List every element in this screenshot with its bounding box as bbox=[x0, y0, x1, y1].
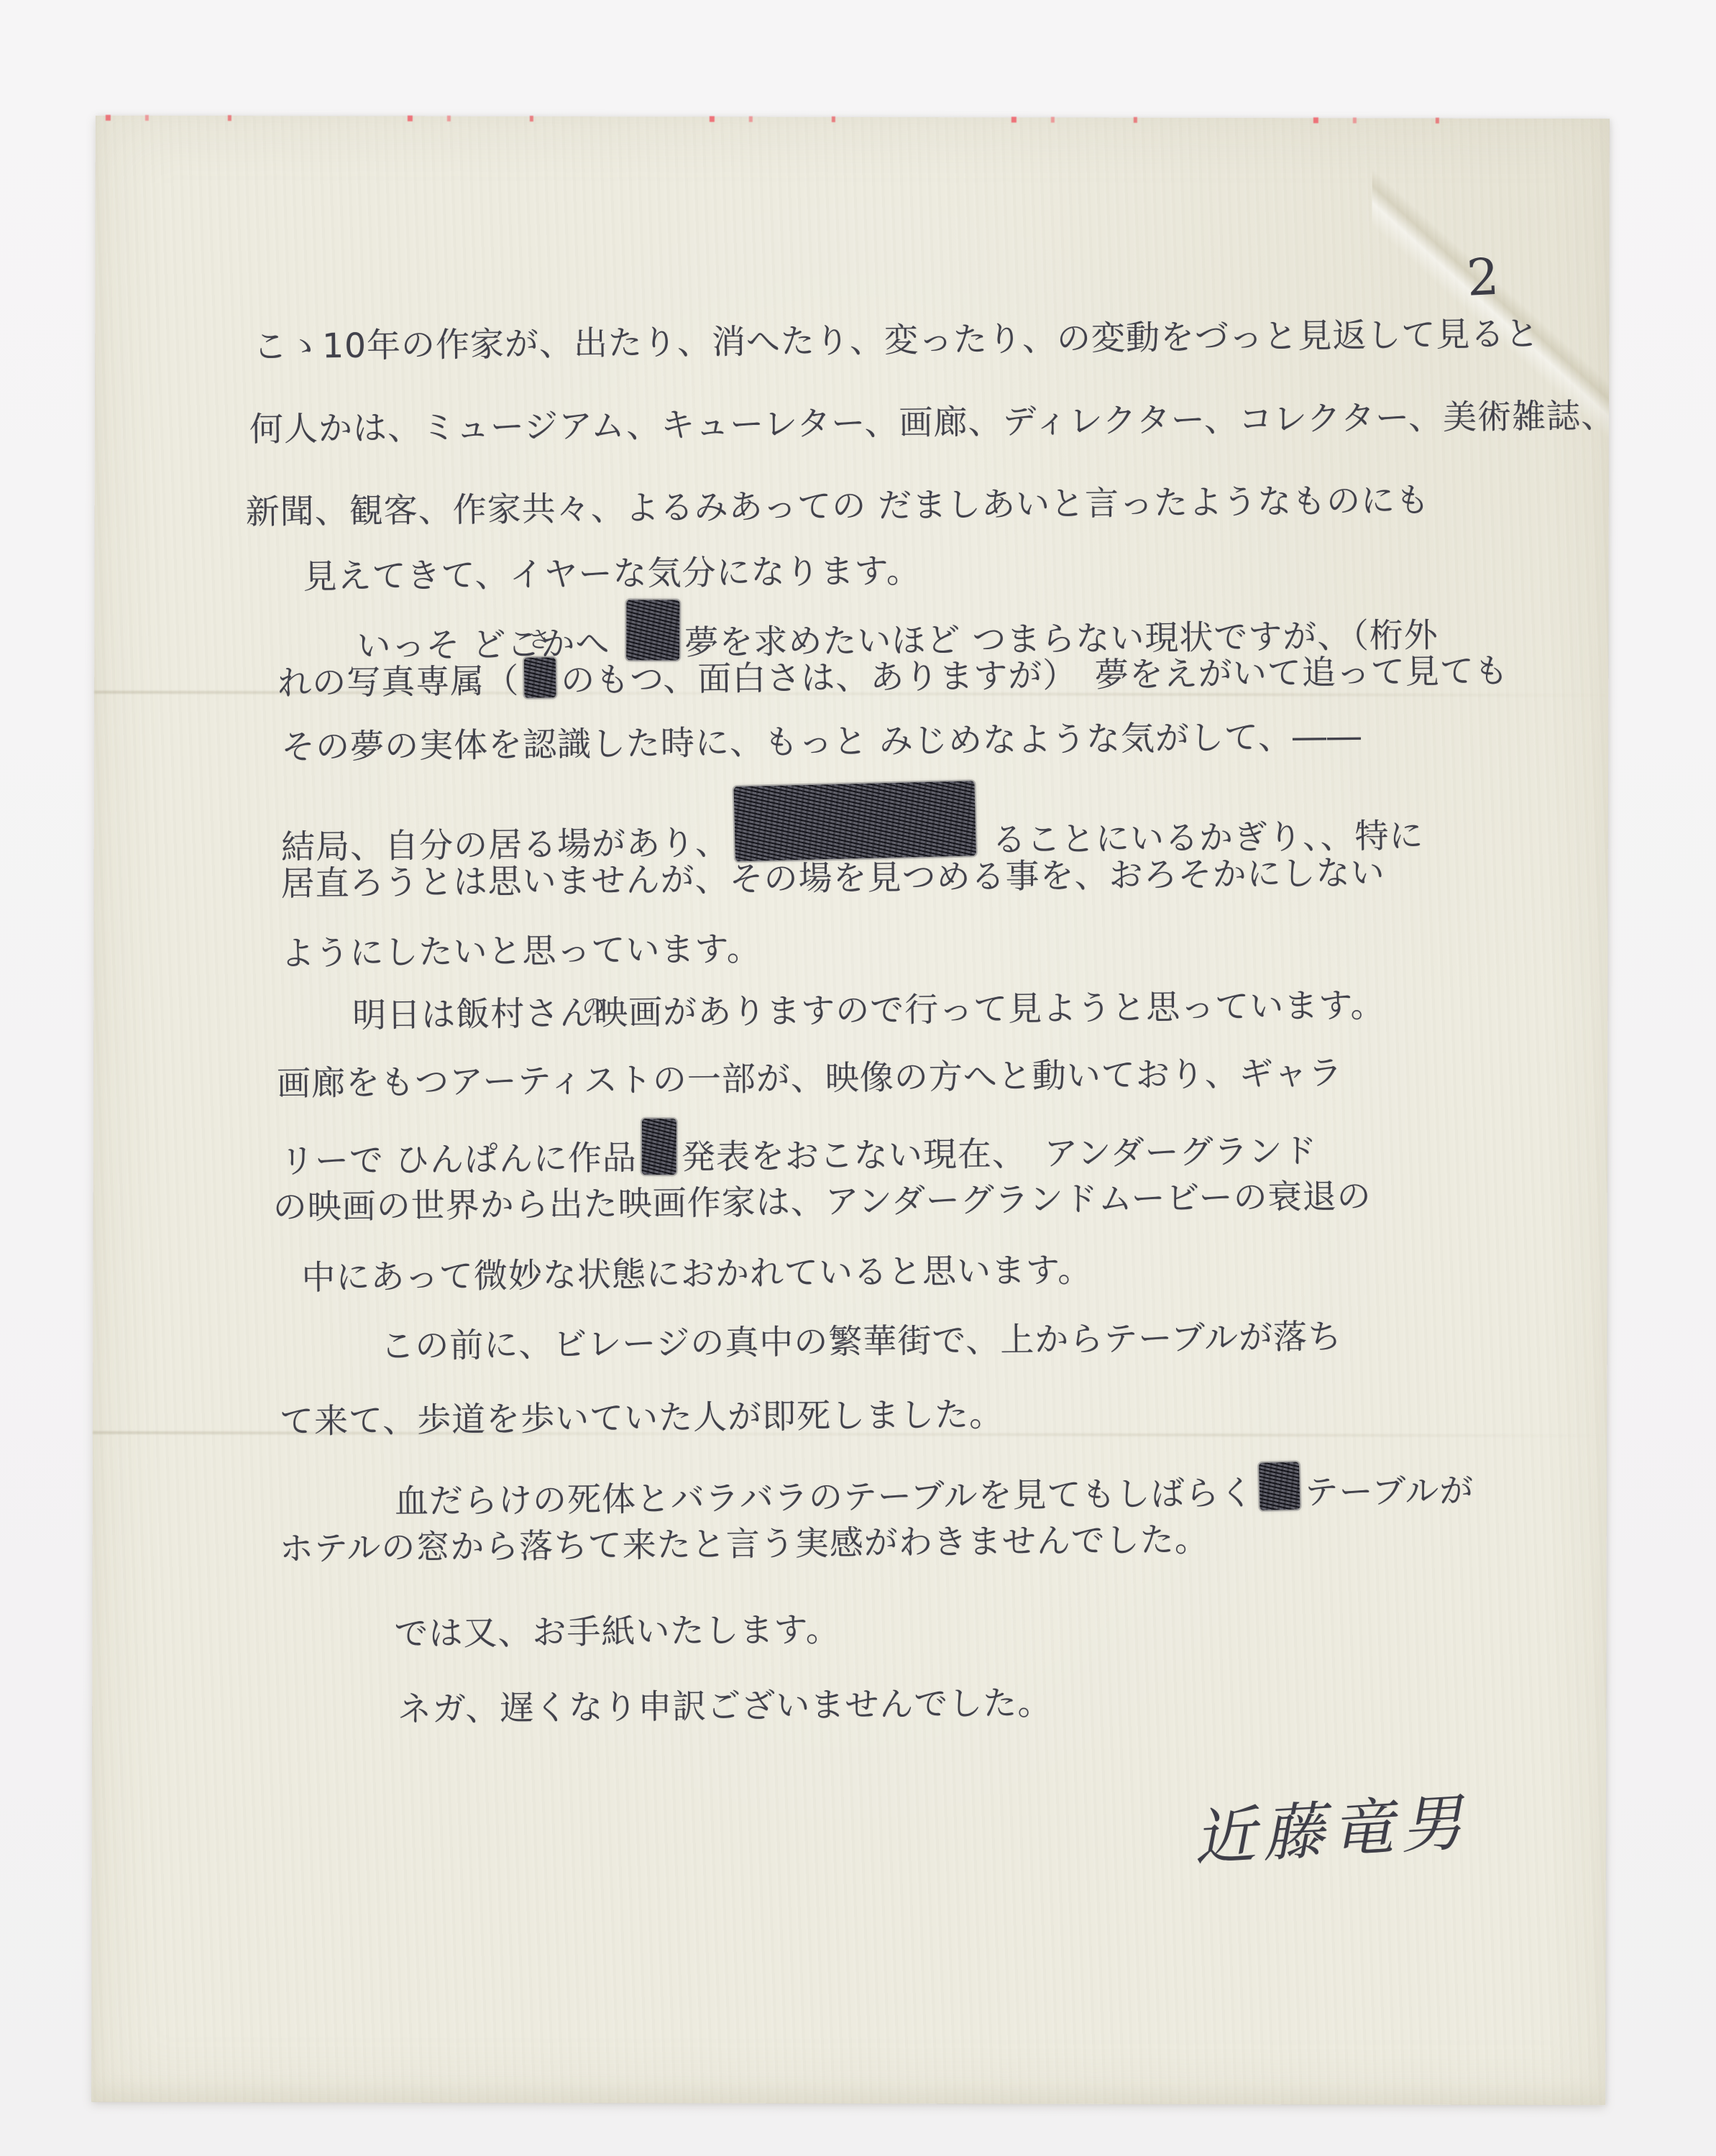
scribbled-out-text bbox=[524, 657, 556, 697]
letter-line: ホテルの窓から落ちて来たと言う実感がわきませんでした。 bbox=[279, 1517, 1209, 1572]
inserted-character: さ bbox=[528, 624, 551, 656]
handwritten-text: 画廊をもつアーティストの一部が、映像の方へと動いており、ギャラ bbox=[277, 1053, 1343, 1104]
letter-line: この前に、ビレージの真中の繁華街で、上からテーブルが落ち bbox=[380, 1314, 1342, 1370]
letter-line: 中にあって微妙な状態におかれていると思います。 bbox=[301, 1247, 1092, 1301]
handwritten-text: 映画がありますので行って見ようと思っています。 bbox=[594, 986, 1385, 1033]
letter-line: その夢の実体を認識した時に、もっと みじめなような気がして、―― bbox=[281, 714, 1362, 771]
letter-line: 血だらけの死体とバラバラのテーブルを見てもしばらくテーブルが bbox=[394, 1460, 1474, 1525]
handwritten-text: テーブルが bbox=[1304, 1471, 1474, 1512]
letter-line: て来て、歩道を歩いていた人が即死しました。 bbox=[280, 1392, 1004, 1445]
letter-line: 何人かは、ミュージアム、キューレター、画廊、ディレクター、コレクター、美術雑誌、 bbox=[249, 393, 1616, 453]
signature: 近藤竜男 bbox=[1191, 1772, 1472, 1877]
inserted-character: の bbox=[582, 991, 605, 1023]
insertion-point: さ bbox=[519, 657, 561, 704]
letter-paper: 2 こゝ10年の作家が、出たり、消へたり、変ったり、の変動をづっと見返して見ると… bbox=[91, 116, 1610, 2105]
scribbled-out-text bbox=[734, 781, 976, 861]
handwritten-text: 居直ろうとは思いませんが、その場を見つめる事を、おろそかにしない bbox=[280, 853, 1385, 904]
handwritten-text: リーで ひんぱんに作品 bbox=[280, 1138, 637, 1181]
handwritten-text: 見えてきて、イヤーな気分になります。 bbox=[303, 551, 921, 597]
handwritten-text: ネガ、遅くなり申訳ございませんでした。 bbox=[398, 1683, 1052, 1729]
handwritten-text: その夢の実体を認識した時に、もっと みじめなような気がして、―― bbox=[281, 717, 1362, 767]
handwritten-text: 血だらけの死体とバラバラのテーブルを見てもしばらく bbox=[395, 1474, 1254, 1522]
scribbled-out-text bbox=[642, 1119, 676, 1175]
scribbled-out-text bbox=[1259, 1462, 1300, 1510]
letter-line: ネガ、遅くなり申訳ございませんでした。 bbox=[398, 1680, 1052, 1733]
handwritten-text: の映画の世界から出た映画作家は、アンダーグランドムービーの衰退の bbox=[272, 1177, 1371, 1227]
handwritten-text: 明日は飯村さん bbox=[352, 994, 595, 1035]
letter-line: リーで ひんぱんに作品発表をおこない現在、 アンダーグランド bbox=[280, 1112, 1318, 1185]
handwritten-text: こゝ10年の作家が、出たり、消へたり、変ったり、の変動をづっと見返して見ると bbox=[253, 314, 1540, 367]
handwritten-text: て来て、歩道を歩いていた人が即死しました。 bbox=[280, 1395, 1004, 1441]
handwritten-text: 何人かは、ミュージアム、キューレター、画廊、ディレクター、コレクター、美術雑誌、 bbox=[249, 396, 1616, 449]
handwritten-text: れの写真専属（ bbox=[277, 661, 520, 703]
letter-line: 新聞、観客、作家共々、よるみあっての だましあいと言ったようなものにも bbox=[245, 478, 1430, 536]
handwritten-text: この前に、ビレージの真中の繁華街で、上からテーブルが落ち bbox=[380, 1317, 1342, 1367]
letter-line: ようにしたいと思っています。 bbox=[280, 927, 761, 977]
scan-background: { "page": { "number": "2", "paper_color"… bbox=[0, 0, 1716, 2156]
page-number: 2 bbox=[1465, 247, 1500, 308]
handwritten-text: では又、お手紙いたします。 bbox=[394, 1610, 840, 1653]
handwritten-text: ようにしたいと思っています。 bbox=[280, 930, 761, 974]
handwritten-text: のもつ、面白さは、ありますが） 夢をえがいて追って見ても bbox=[561, 651, 1509, 700]
letter-line: こゝ10年の作家が、出たり、消へたり、変ったり、の変動をづっと見返して見ると bbox=[253, 311, 1540, 370]
handwritten-text: 発表をおこない現在、 アンダーグランド bbox=[682, 1132, 1318, 1178]
scribbled-out-text bbox=[626, 600, 679, 660]
letter-line: 画廊をもつアーティストの一部が、映像の方へと動いており、ギャラ bbox=[277, 1050, 1343, 1106]
handwritten-text: 中にあって微妙な状態におかれていると思います。 bbox=[301, 1250, 1092, 1298]
handwritten-text: ホテルの窓から落ちて来たと言う実感がわきませんでした。 bbox=[279, 1520, 1209, 1569]
letter-line: では又、お手紙いたします。 bbox=[394, 1607, 840, 1657]
letter-line: 明日は飯村さんの映画がありますので行って見ようと思っています。 bbox=[352, 983, 1385, 1039]
letter-line: 見えてきて、イヤーな気分になります。 bbox=[303, 549, 921, 600]
handwritten-text: 新聞、観客、作家共々、よるみあっての だましあいと言ったようなものにも bbox=[245, 481, 1430, 533]
red-pad-edge-marks bbox=[106, 115, 1529, 124]
